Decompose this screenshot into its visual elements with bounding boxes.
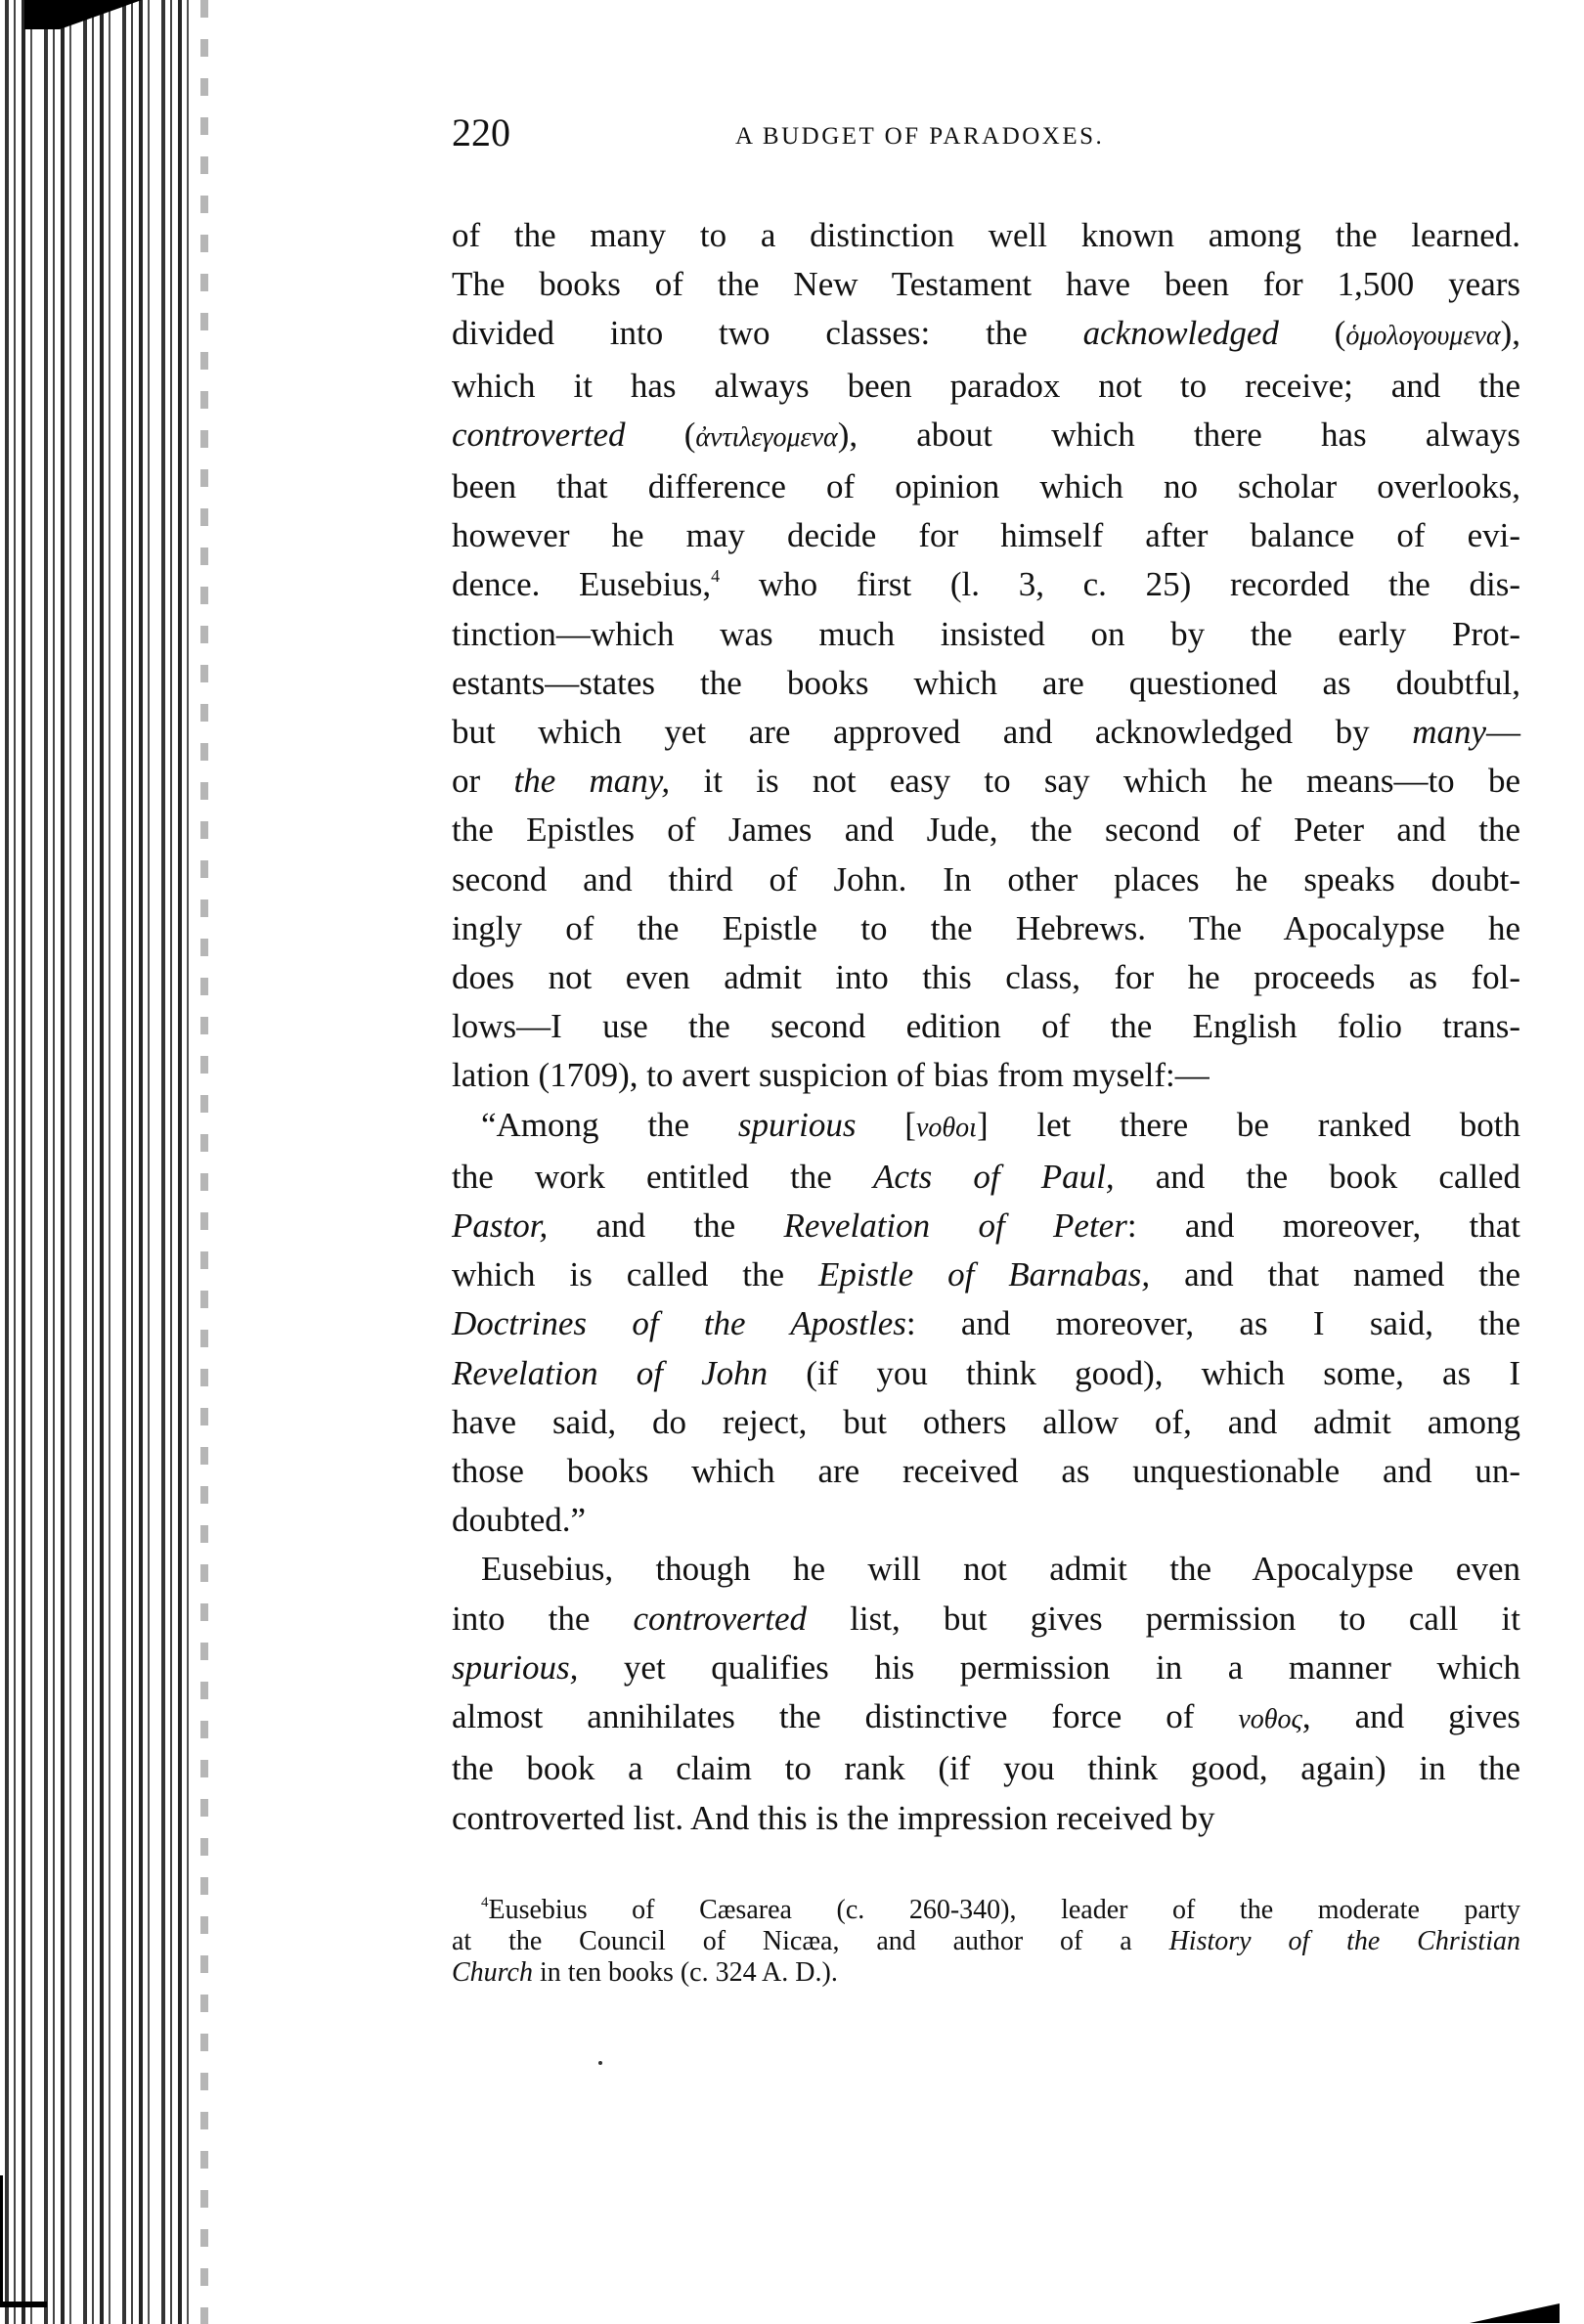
text-run: been that difference of opinion which no… xyxy=(452,467,1520,505)
text-run: the work entitled the xyxy=(452,1158,873,1196)
text-run: which it has always been paradox not to … xyxy=(452,367,1520,405)
text-run: The books of the New Testament have been… xyxy=(452,265,1520,303)
text-run: does not even admit into this class, for… xyxy=(452,958,1520,996)
greek-term: νοθοι xyxy=(916,1113,977,1143)
text-run: controverted list. And this is the impre… xyxy=(452,1799,1215,1837)
text-line: Revelation of John (if you think good), … xyxy=(452,1349,1520,1398)
text-line: but which yet are approved and acknowled… xyxy=(452,708,1520,757)
footnote-marker: 4 xyxy=(711,566,720,586)
text-run: in ten books (c. 324 A. D.). xyxy=(533,1957,838,1988)
text-run: , and gives xyxy=(1302,1697,1520,1735)
text-run: (if you think good), which some, as I xyxy=(768,1354,1520,1392)
text-line: Doctrines of the Apostles: and moreover,… xyxy=(452,1299,1520,1348)
text-run: Eusebius of Cæsarea (c. 260-340), leader… xyxy=(489,1895,1521,1925)
running-head: A BUDGET OF PARADOXES. xyxy=(735,119,1104,154)
greek-term: ὁμολογουμενα xyxy=(1345,321,1500,351)
text-line: have said, do reject, but others allow o… xyxy=(452,1398,1520,1447)
text-line: does not even admit into this class, for… xyxy=(452,953,1520,1002)
book-page-edges xyxy=(0,0,200,2324)
text-line: The books of the New Testament have been… xyxy=(452,260,1520,309)
text-line: Pastor, and the Revelation of Peter: and… xyxy=(452,1202,1520,1250)
text-run: the book a claim to rank (if you think g… xyxy=(452,1749,1520,1787)
italic-text: Revelation of Peter xyxy=(784,1206,1127,1245)
footnote-marker: 4 xyxy=(481,1895,489,1910)
italic-text: many xyxy=(1412,713,1486,751)
text-line: those books which are received as unques… xyxy=(452,1447,1520,1496)
scan-speck xyxy=(598,2061,602,2065)
text-run: “Among the xyxy=(481,1106,738,1144)
text-run: who first (l. 3, c. 25) recorded the dis… xyxy=(720,565,1520,603)
greek-term: ἀντιλεγομενα xyxy=(695,422,837,453)
text-run: of the many to a distinction well known … xyxy=(452,216,1520,254)
text-line: Eusebius, though he will not admit the A… xyxy=(452,1545,1520,1594)
text-line: which it has always been paradox not to … xyxy=(452,362,1520,411)
text-line: doubted.” xyxy=(452,1496,1520,1545)
text-line: ingly of the Epistle to the Hebrews. The… xyxy=(452,904,1520,953)
text-line: tinction—which was much insisted on by t… xyxy=(452,610,1520,659)
text-run: ), about which there has always xyxy=(838,416,1520,454)
italic-text: Pastor, xyxy=(452,1206,548,1245)
text-line: been that difference of opinion which no… xyxy=(452,462,1520,511)
text-run: have said, do reject, but others allow o… xyxy=(452,1403,1520,1441)
text-run: doubted.” xyxy=(452,1501,586,1539)
text-line: controverted list. And this is the impre… xyxy=(452,1794,1520,1843)
text-run: list, but gives permission to call it xyxy=(807,1600,1520,1638)
text-run: second and third of John. In other place… xyxy=(452,860,1520,899)
text-run: estants—states the books which are quest… xyxy=(452,664,1520,702)
text-line: divided into two classes: the acknowledg… xyxy=(452,309,1520,361)
text-line: 4Eusebius of Cæsarea (c. 260-340), leade… xyxy=(452,1895,1520,1926)
text-run: — xyxy=(1486,713,1520,751)
text-line: which is called the Epistle of Barnabas,… xyxy=(452,1250,1520,1299)
text-run: ] let there be ranked both xyxy=(977,1106,1520,1144)
text-line: of the many to a distinction well known … xyxy=(452,211,1520,260)
text-run: and that named the xyxy=(1150,1255,1520,1294)
book-cover-corner xyxy=(0,2175,47,2307)
text-run: it is not easy to say which he means—to … xyxy=(670,762,1520,800)
text-run: into the xyxy=(452,1600,634,1638)
page-header: 220 A BUDGET OF PARADOXES. xyxy=(452,110,1520,158)
text-line: or the many, it is not easy to say which… xyxy=(452,757,1520,806)
text-run: dence. Eusebius, xyxy=(452,565,711,603)
text-line: dence. Eusebius,4 who first (l. 3, c. 25… xyxy=(452,560,1520,609)
text-line: the book a claim to rank (if you think g… xyxy=(452,1744,1520,1793)
text-line: the Epistles of James and Jude, the seco… xyxy=(452,806,1520,855)
text-line: second and third of John. In other place… xyxy=(452,855,1520,904)
italic-text: acknowledged xyxy=(1083,314,1279,352)
italic-text: Epistle of Barnabas, xyxy=(818,1255,1150,1294)
text-line: spurious, yet qualifies his permission i… xyxy=(452,1644,1520,1692)
text-run: tinction—which was much insisted on by t… xyxy=(452,615,1520,653)
page-number: 220 xyxy=(452,110,510,156)
text-line: lows—I use the second edition of the Eng… xyxy=(452,1002,1520,1051)
text-run: yet qualifies his permission in a manner… xyxy=(578,1648,1520,1687)
text-run: at the Council of Nicæa, and author of a xyxy=(452,1926,1169,1956)
text-run: : and moreover, as I said, the xyxy=(906,1304,1520,1342)
greek-term: νοθος xyxy=(1238,1704,1302,1734)
text-line: lation (1709), to avert suspicion of bia… xyxy=(452,1051,1520,1100)
text-run: ( xyxy=(626,416,696,454)
text-run: and the book called xyxy=(1115,1158,1520,1196)
body-text: of the many to a distinction well known … xyxy=(452,211,1520,1843)
text-line: estants—states the books which are quest… xyxy=(452,659,1520,708)
text-run: ingly of the Epistle to the Hebrews. The… xyxy=(452,909,1520,947)
text-run: ), xyxy=(1501,314,1520,352)
text-run: those books which are received as unques… xyxy=(452,1452,1520,1490)
text-run: but which yet are approved and acknowled… xyxy=(452,713,1412,751)
text-line: into the controverted list, but gives pe… xyxy=(452,1595,1520,1644)
text-line: Church in ten books (c. 324 A. D.). xyxy=(452,1957,1520,1989)
text-run: [ xyxy=(857,1106,916,1144)
italic-text: Revelation of John xyxy=(452,1354,768,1392)
text-run: ( xyxy=(1279,314,1345,352)
italic-text: History of the Christian xyxy=(1169,1926,1520,1956)
italic-text: spurious xyxy=(738,1106,857,1144)
text-run: almost annihilates the distinctive force… xyxy=(452,1697,1238,1735)
text-run: and the xyxy=(548,1206,783,1245)
text-run: however he may decide for himself after … xyxy=(452,516,1520,554)
text-run: lows—I use the second edition of the Eng… xyxy=(452,1007,1520,1045)
italic-text: controverted xyxy=(634,1600,808,1638)
text-line: at the Council of Nicæa, and author of a… xyxy=(452,1926,1520,1957)
text-run: the Epistles of James and Jude, the seco… xyxy=(452,811,1520,849)
text-run: Eusebius, though he will not admit the A… xyxy=(481,1550,1520,1588)
italic-text: Doctrines of the Apostles xyxy=(452,1304,906,1342)
footnote: 4Eusebius of Cæsarea (c. 260-340), leade… xyxy=(452,1895,1520,1989)
text-run: lation (1709), to avert suspicion of bia… xyxy=(452,1056,1210,1094)
text-run: which is called the xyxy=(452,1255,818,1294)
text-line: “Among the spurious [νοθοι] let there be… xyxy=(452,1101,1520,1153)
text-line: controverted (ἀντιλεγομενα), about which… xyxy=(452,411,1520,462)
text-run: divided into two classes: the xyxy=(452,314,1083,352)
italic-text: spurious, xyxy=(452,1648,578,1687)
text-run: : and moreover, that xyxy=(1127,1206,1520,1245)
italic-text: the many, xyxy=(513,762,670,800)
italic-text: controverted xyxy=(452,416,626,454)
text-line: the work entitled the Acts of Paul, and … xyxy=(452,1153,1520,1202)
text-run: or xyxy=(452,762,513,800)
text-line: almost annihilates the distinctive force… xyxy=(452,1692,1520,1744)
text-line: however he may decide for himself after … xyxy=(452,511,1520,560)
italic-text: Church xyxy=(452,1957,533,1988)
italic-text: Acts of Paul, xyxy=(873,1158,1115,1196)
page-curl-shadow xyxy=(1470,2303,1560,2323)
